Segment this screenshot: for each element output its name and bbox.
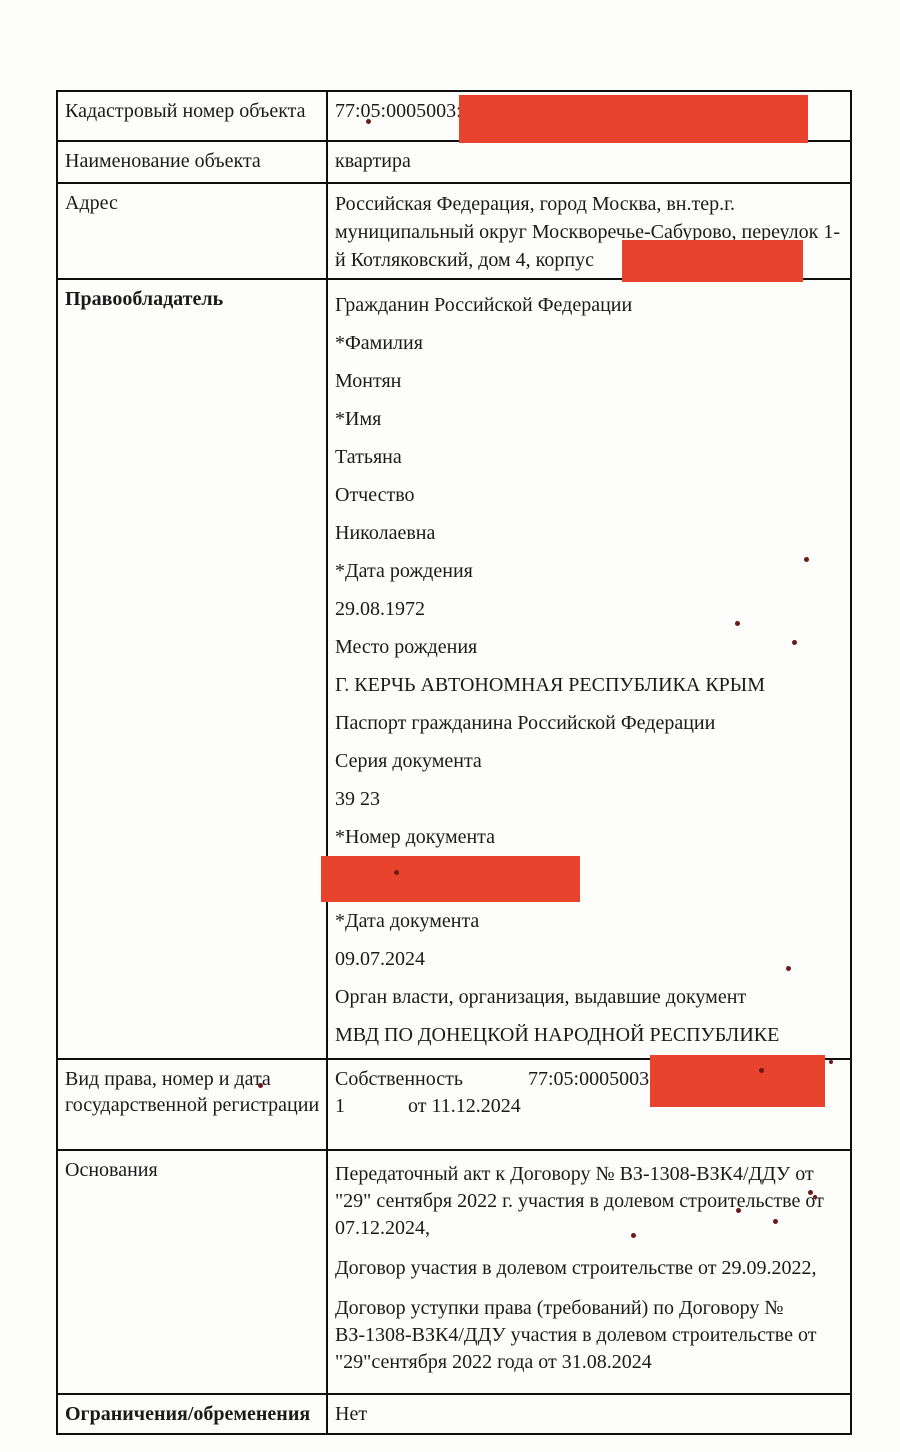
rightholder-line: Отчество [335, 476, 844, 514]
rightholder-line: 29.08.1972 [335, 590, 844, 628]
watermark-dot [394, 870, 399, 875]
watermark-dot [258, 1083, 263, 1088]
watermark-dot [792, 640, 797, 645]
rightholder-line: 39 23 [335, 780, 844, 818]
row-label-right-type: Вид права, номер и дата государственной … [57, 1059, 327, 1150]
row-label-rightholder: Правообладатель [57, 279, 327, 1059]
rightholder-line: *Номер документа [335, 818, 844, 856]
watermark-dot [804, 557, 809, 562]
redaction-box-cadastral-number [459, 95, 808, 143]
watermark-dot [786, 966, 791, 971]
grounds-paragraph: Договор участия в долевом строительстве … [335, 1255, 844, 1282]
watermark-dot [808, 1190, 813, 1195]
row-value-rightholder: Гражданин Российской Федерации *Фамилия … [327, 279, 851, 1059]
scanned-document-page: Кадастровый номер объекта 77:05:0005003:… [0, 0, 900, 1452]
row-label-object-name: Наименование объекта [57, 141, 327, 183]
rightholder-line: Николаевна [335, 514, 844, 552]
rightholder-line: Орган власти, организация, выдавшие доку… [335, 978, 844, 1016]
grounds-paragraph: Передаточный акт к Договору № ВЗ-1308-ВЗ… [335, 1161, 844, 1242]
property-extract-table: Кадастровый номер объекта 77:05:0005003:… [56, 90, 852, 1435]
right-registration-suffix: 1 [335, 1093, 408, 1120]
row-label-cadastral-number: Кадастровый номер объекта [57, 91, 327, 141]
rightholder-line: Г. КЕРЧЬ АВТОНОМНАЯ РЕСПУБЛИКА КРЫМ [335, 666, 844, 704]
rightholder-line: *Дата документа [335, 902, 844, 940]
right-registration-number: 77:05:0005003 [528, 1068, 649, 1090]
right-registration-date: от 11.12.2024 [408, 1095, 521, 1117]
table-row: Наименование объекта квартира [57, 141, 851, 183]
rightholder-line: Серия документа [335, 742, 844, 780]
right-type-ownership: Собственность [335, 1066, 528, 1093]
watermark-dot [735, 621, 740, 626]
watermark-dot [813, 1195, 817, 1199]
rightholder-line: Паспорт гражданина Российской Федерации [335, 704, 844, 742]
watermark-dot [736, 1208, 741, 1213]
row-value-restrictions: Нет [327, 1394, 851, 1434]
rightholder-line: 09.07.2024 [335, 940, 844, 978]
table-row: Правообладатель Гражданин Российской Фед… [57, 279, 851, 1059]
rightholder-line: МВД ПО ДОНЕЦКОЙ НАРОДНОЙ РЕСПУБЛИКЕ [335, 1016, 844, 1054]
row-value-object-name: квартира [327, 141, 851, 183]
rightholder-line: Татьяна [335, 438, 844, 476]
watermark-dot [366, 119, 371, 124]
table-row: Основания Передаточный акт к Договору № … [57, 1150, 851, 1394]
redaction-box-address-building [622, 240, 803, 282]
rightholder-line: Место рождения [335, 628, 844, 666]
watermark-dot [759, 1068, 764, 1073]
row-label-grounds: Основания [57, 1150, 327, 1394]
row-label-restrictions: Ограничения/обременения [57, 1394, 327, 1434]
row-label-address: Адрес [57, 183, 327, 279]
rightholder-line: Гражданин Российской Федерации [335, 286, 844, 324]
table-row: Ограничения/обременения Нет [57, 1394, 851, 1434]
rightholder-line: *Имя [335, 400, 844, 438]
watermark-dot [773, 1219, 778, 1224]
watermark-dot [829, 1060, 833, 1064]
watermark-dot [631, 1233, 636, 1238]
grounds-paragraph: Договор уступки права (требований) по До… [335, 1295, 844, 1376]
rightholder-line: *Фамилия [335, 324, 844, 362]
redaction-box-registration-number [650, 1055, 825, 1107]
redaction-box-document-number [321, 856, 580, 902]
row-value-grounds: Передаточный акт к Договору № ВЗ-1308-ВЗ… [327, 1150, 851, 1394]
rightholder-line: *Дата рождения [335, 552, 844, 590]
rightholder-line: Монтян [335, 362, 844, 400]
